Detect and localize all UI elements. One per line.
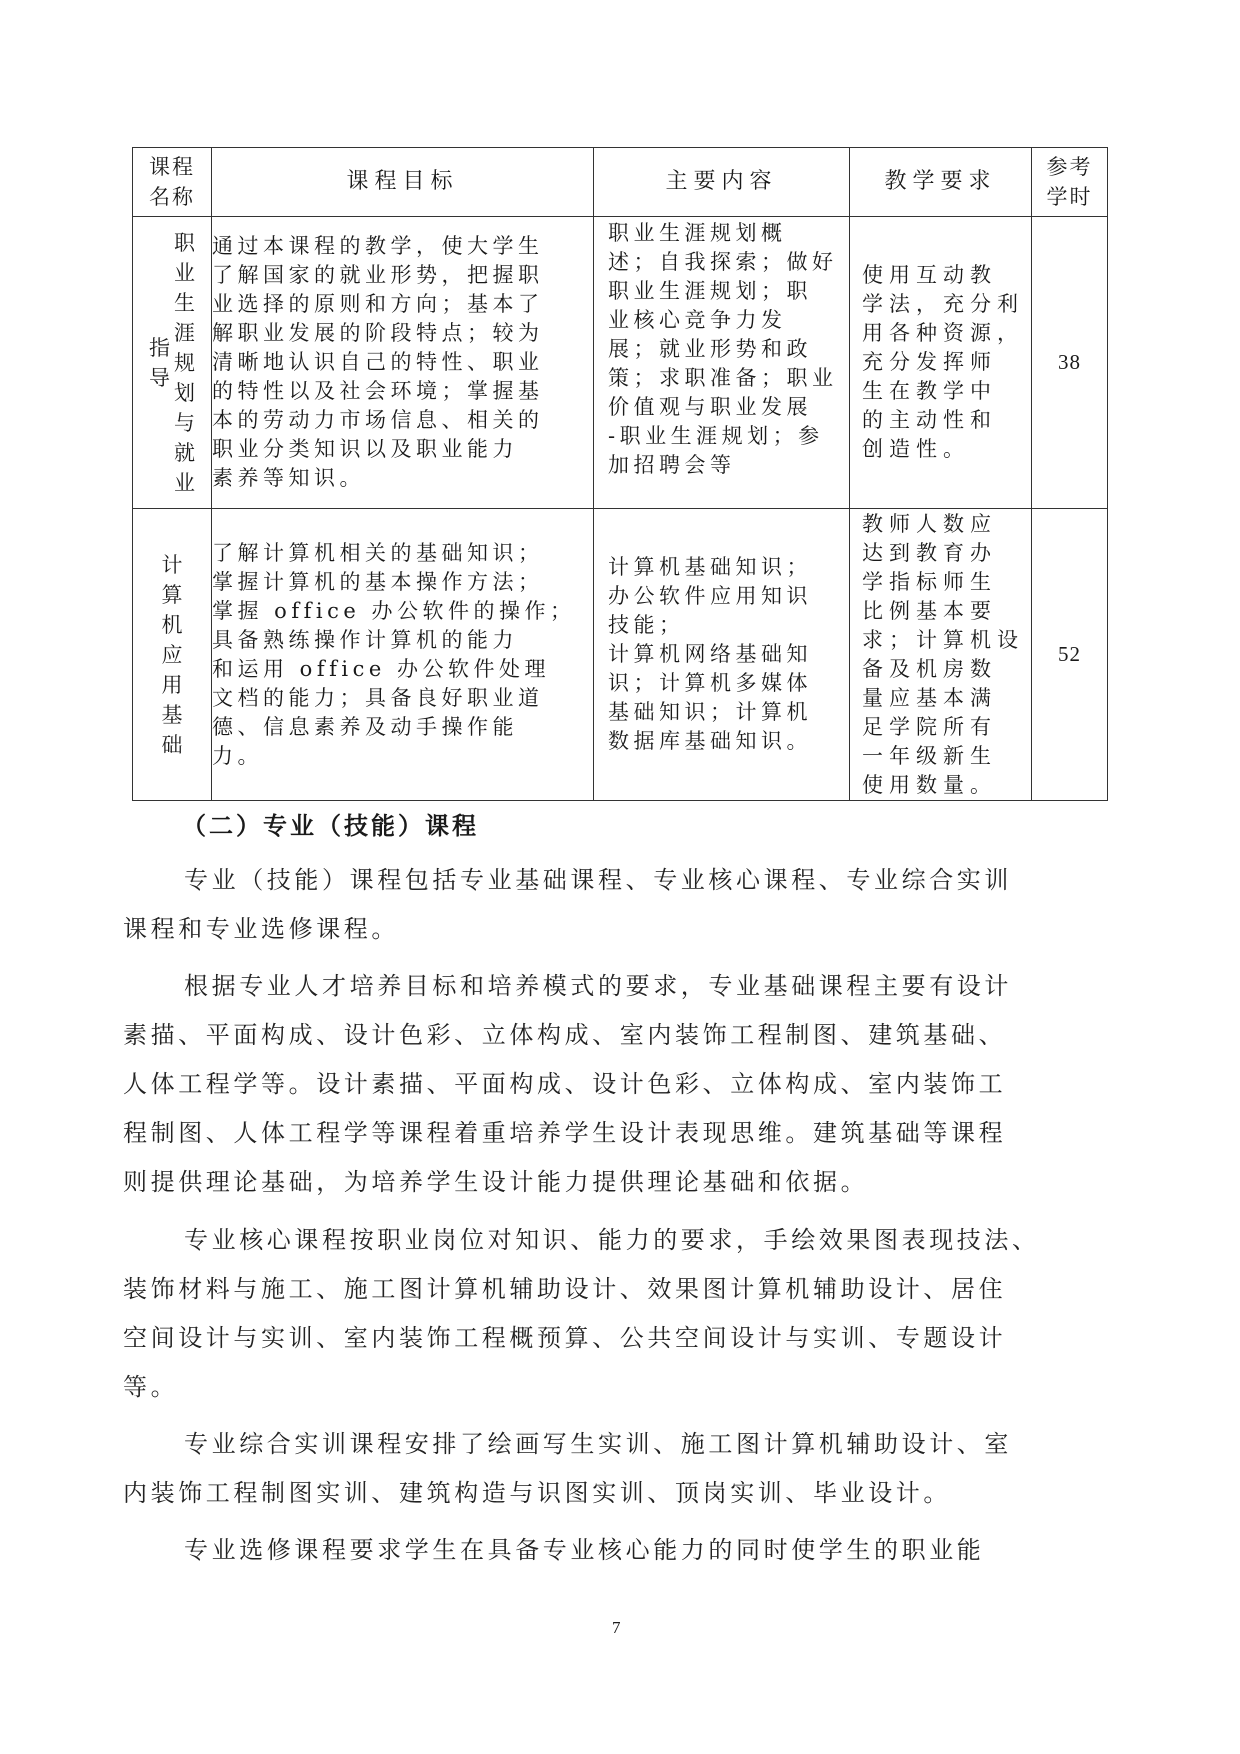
course-name-cell: 指 导 职 业 生 涯 规 划 与 就 业 (133, 217, 212, 509)
course-table: 课程 名称 课程目标 主要内容 教学要求 参考 学时 指 (132, 147, 1108, 801)
paragraph-practical-training: 专业综合实训课程安排了绘画写生实训、施工图计算机辅助设计、室 内装饰工程制图实训… (123, 1420, 1113, 1518)
table-header-row: 课程 名称 课程目标 主要内容 教学要求 参考 学时 (133, 148, 1108, 217)
table-row: 计 算 机 应 用 基 础 了解计算机相关的基础知识； 掌握计算机的基本操作方法… (133, 509, 1108, 801)
course-name-col: 职 业 生 涯 规 划 与 就 业 (174, 228, 195, 498)
teaching-requirement-cell: 使用互动教 学法，充分利 用各种资源， 充分发挥师 生在教学中 的主动性和 创造… (850, 217, 1032, 509)
course-goal-cell: 通过本课程的教学，使大学生 了解国家的就业形势，把握职 业选择的原则和方向；基本… (212, 217, 594, 509)
main-content-cell: 职业生涯规划概 述；自我探索；做好 职业生涯规划；职 业核心竞争力发 展；就业形… (594, 217, 850, 509)
document-page: 课程 名称 课程目标 主要内容 教学要求 参考 学时 指 (0, 0, 1240, 1754)
reference-hours-cell: 52 (1032, 509, 1108, 801)
page-number: 7 (612, 1618, 621, 1638)
header-course-name: 课程 名称 (133, 148, 212, 217)
header-main-content: 主要内容 (594, 148, 850, 217)
header-course-goal: 课程目标 (212, 148, 594, 217)
section-heading: （二）专业（技能）课程 (182, 806, 479, 841)
course-name-col: 计 算 机 应 用 基 础 (162, 550, 183, 760)
paragraph-foundation-courses: 根据专业人才培养目标和培养模式的要求，专业基础课程主要有设计 素描、平面构成、设… (123, 962, 1113, 1207)
paragraph-electives: 专业选修课程要求学生在具备专业核心能力的同时使学生的职业能 (123, 1526, 1113, 1575)
header-teaching-requirement: 教学要求 (850, 148, 1032, 217)
course-name-col: 指 导 (149, 333, 170, 393)
reference-hours-cell: 38 (1032, 217, 1108, 509)
course-name-cell: 计 算 机 应 用 基 础 (133, 509, 212, 801)
main-content-cell: 计算机基础知识； 办公软件应用知识 技能； 计算机网络基础知 识；计算机多媒体 … (594, 509, 850, 801)
paragraph-skills-overview: 专业（技能）课程包括专业基础课程、专业核心课程、专业综合实训 课程和专业选修课程… (123, 856, 1113, 954)
table-row: 指 导 职 业 生 涯 规 划 与 就 业 (133, 217, 1108, 509)
paragraph-core-courses: 专业核心课程按职业岗位对知识、能力的要求，手绘效果图表现技法、 装饰材料与施工、… (123, 1216, 1113, 1412)
course-goal-cell: 了解计算机相关的基础知识； 掌握计算机的基本操作方法； 掌握 office 办公… (212, 509, 594, 801)
teaching-requirement-cell: 教师人数应 达到教育办 学指标师生 比例基本要 求；计算机设 备及机房数 量应基… (850, 509, 1032, 801)
header-reference-hours: 参考 学时 (1032, 148, 1108, 217)
